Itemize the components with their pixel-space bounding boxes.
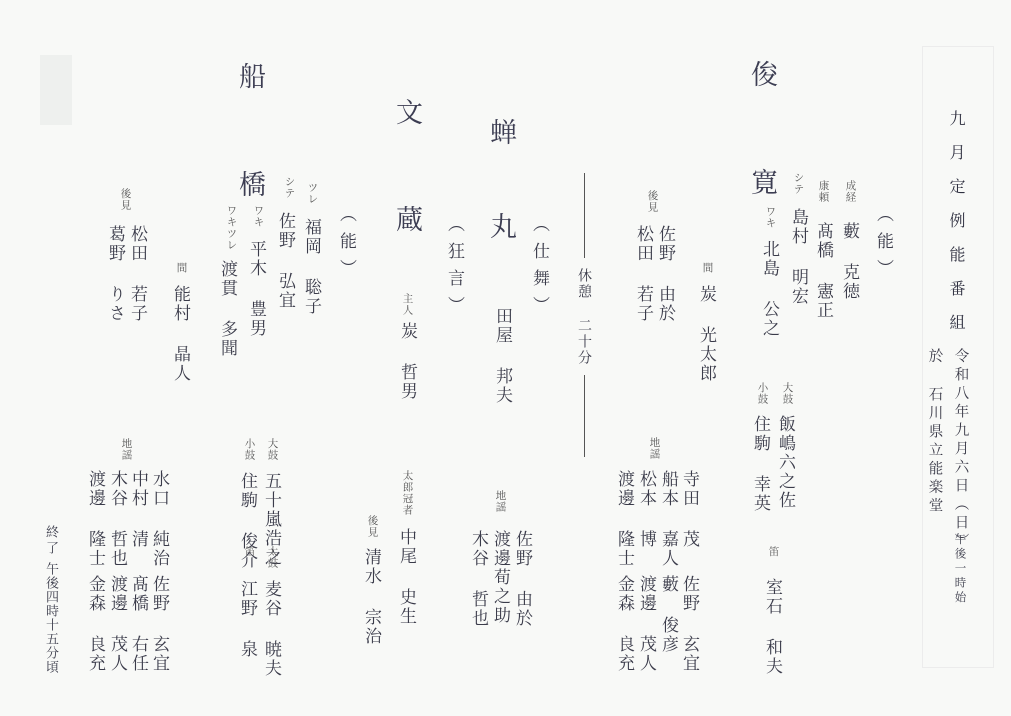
hayashi-label: 太鼓	[267, 546, 278, 569]
end-time: 午後四時十五分頃	[44, 562, 57, 674]
program-1-title-top: 俊	[748, 60, 775, 87]
program-4-genre: （能）	[337, 205, 354, 286]
jiutai-label: 地謡	[649, 437, 660, 460]
role-label: ワキツレ	[226, 205, 237, 251]
program-header-title: 九月定例能番組	[948, 110, 964, 348]
jiutai-name: 佐野 由於	[513, 530, 530, 628]
hayashi-label: 大鼓	[782, 382, 793, 405]
noh-program-sheet: 九月定例能番組 令和八年九月六日（日） 午後一時始 於 石川県立能楽堂 俊 寛 …	[0, 0, 1011, 716]
program-2-title-top: 蝉	[487, 118, 514, 145]
program-4-title-bottom: 橋	[236, 170, 263, 197]
koken-label: 後見	[367, 515, 378, 538]
role-label: ツレ	[307, 182, 318, 205]
jiutai-name: 渡邊 隆士	[615, 470, 632, 568]
role-label: 太郎冠者	[402, 470, 413, 516]
program-4-title-top: 船	[236, 62, 263, 89]
program-2-title-bottom: 丸	[487, 212, 514, 239]
jiutai-name: 松本 博	[637, 470, 654, 549]
program-venue: 於 石川県立能楽堂	[927, 348, 942, 516]
program-start-time: 午後一時始	[954, 533, 966, 606]
cast-name: 中尾 史生	[397, 528, 414, 626]
jiutai-name: 木谷 哲也	[469, 530, 486, 628]
intermission-line-bottom	[584, 375, 585, 457]
koken-name: 清水 宗治	[362, 548, 379, 646]
jiutai-name: 中村 清	[129, 470, 146, 549]
hayashi-label: 笛	[244, 546, 255, 558]
cast-name: 髙橋 憲正	[814, 222, 831, 320]
jiutai-name: 佐野 玄宜	[150, 575, 167, 673]
jiutai-name: 佐野 玄宜	[680, 575, 697, 673]
hayashi-name: 江野 泉	[238, 580, 255, 659]
program-date: 令和八年九月六日（日）	[953, 348, 968, 552]
program-3-genre: （狂言）	[445, 215, 462, 323]
cast-name: 平木 豊男	[247, 240, 264, 338]
cast-name: 炭 光太郎	[697, 285, 714, 383]
jiutai-name: 渡邊荀之助	[491, 530, 508, 625]
jiutai-name: 木谷 哲也	[108, 470, 125, 568]
end-label: 終了	[44, 525, 57, 557]
jiutai-name: 藪 俊彦	[659, 575, 676, 654]
koken-label: 後見	[120, 188, 131, 211]
koken-name: 松田 若子	[634, 225, 651, 323]
jiutai-name: 水口 純治	[150, 470, 167, 568]
hayashi-name: 飯嶋六之佐	[776, 415, 793, 510]
cast-name: 藪 克徳	[840, 222, 857, 301]
role-label: 間	[176, 262, 187, 274]
cast-name: 渡貫 多聞	[218, 260, 235, 358]
role-label: 康頼	[818, 180, 829, 203]
role-label: 主人	[402, 293, 413, 316]
intermission-line-top	[584, 173, 585, 258]
cast-name: 佐野 弘宜	[276, 212, 293, 310]
jiutai-name: 渡邊 茂人	[108, 575, 125, 673]
koken-name: 松田 若子	[128, 225, 145, 323]
intermission-label: 休憩 二十分	[577, 268, 591, 366]
shimai-performer: 田屋 邦夫	[493, 307, 510, 405]
jiutai-name: 渡邊 隆士	[86, 470, 103, 568]
role-label: シテ	[284, 176, 295, 199]
cast-name: 北島 公之	[760, 240, 777, 338]
jiutai-name: 渡邊 茂人	[637, 575, 654, 673]
jiutai-name: 金森 良充	[86, 575, 103, 673]
jiutai-label: 地謡	[121, 438, 132, 461]
role-label: 間	[702, 262, 713, 274]
program-2-genre: （仕舞）	[530, 215, 547, 323]
role-label: ワキ	[765, 206, 776, 229]
role-label: ワキ	[253, 205, 264, 228]
hayashi-label: 大鼓	[267, 438, 278, 461]
hayashi-label: 小鼓	[244, 438, 255, 461]
koken-name: 葛野 りさ	[106, 225, 123, 323]
jiutai-name: 船本 嘉人	[659, 470, 676, 568]
hayashi-name: 室石 和夫	[763, 578, 780, 676]
hayashi-name: 住駒 幸英	[751, 415, 768, 513]
program-3-title-bottom: 蔵	[393, 205, 420, 232]
koken-label: 後見	[647, 190, 658, 213]
program-1-title-bottom: 寛	[748, 168, 775, 195]
cast-name: 福岡 聡子	[302, 218, 319, 316]
hayashi-label: 笛	[768, 546, 779, 558]
role-label: 成経	[845, 180, 856, 203]
jiutai-name: 寺田 茂	[680, 470, 697, 549]
role-label: シテ	[793, 172, 804, 195]
jiutai-name: 髙橋 右任	[129, 575, 146, 673]
jiutai-label: 地謡	[495, 490, 506, 513]
cast-name: 島村 明宏	[789, 208, 806, 306]
cast-name: 能村 晶人	[171, 285, 188, 383]
bleed-through-mark	[40, 55, 72, 125]
program-3-title-top: 文	[393, 98, 420, 125]
cast-name: 炭 哲男	[398, 322, 415, 401]
program-1-genre: （能）	[874, 205, 891, 286]
hayashi-label: 小鼓	[757, 382, 768, 405]
jiutai-name: 金森 良充	[615, 575, 632, 673]
hayashi-name: 麦谷 暁夫	[262, 580, 279, 678]
koken-name: 佐野 由於	[656, 225, 673, 323]
